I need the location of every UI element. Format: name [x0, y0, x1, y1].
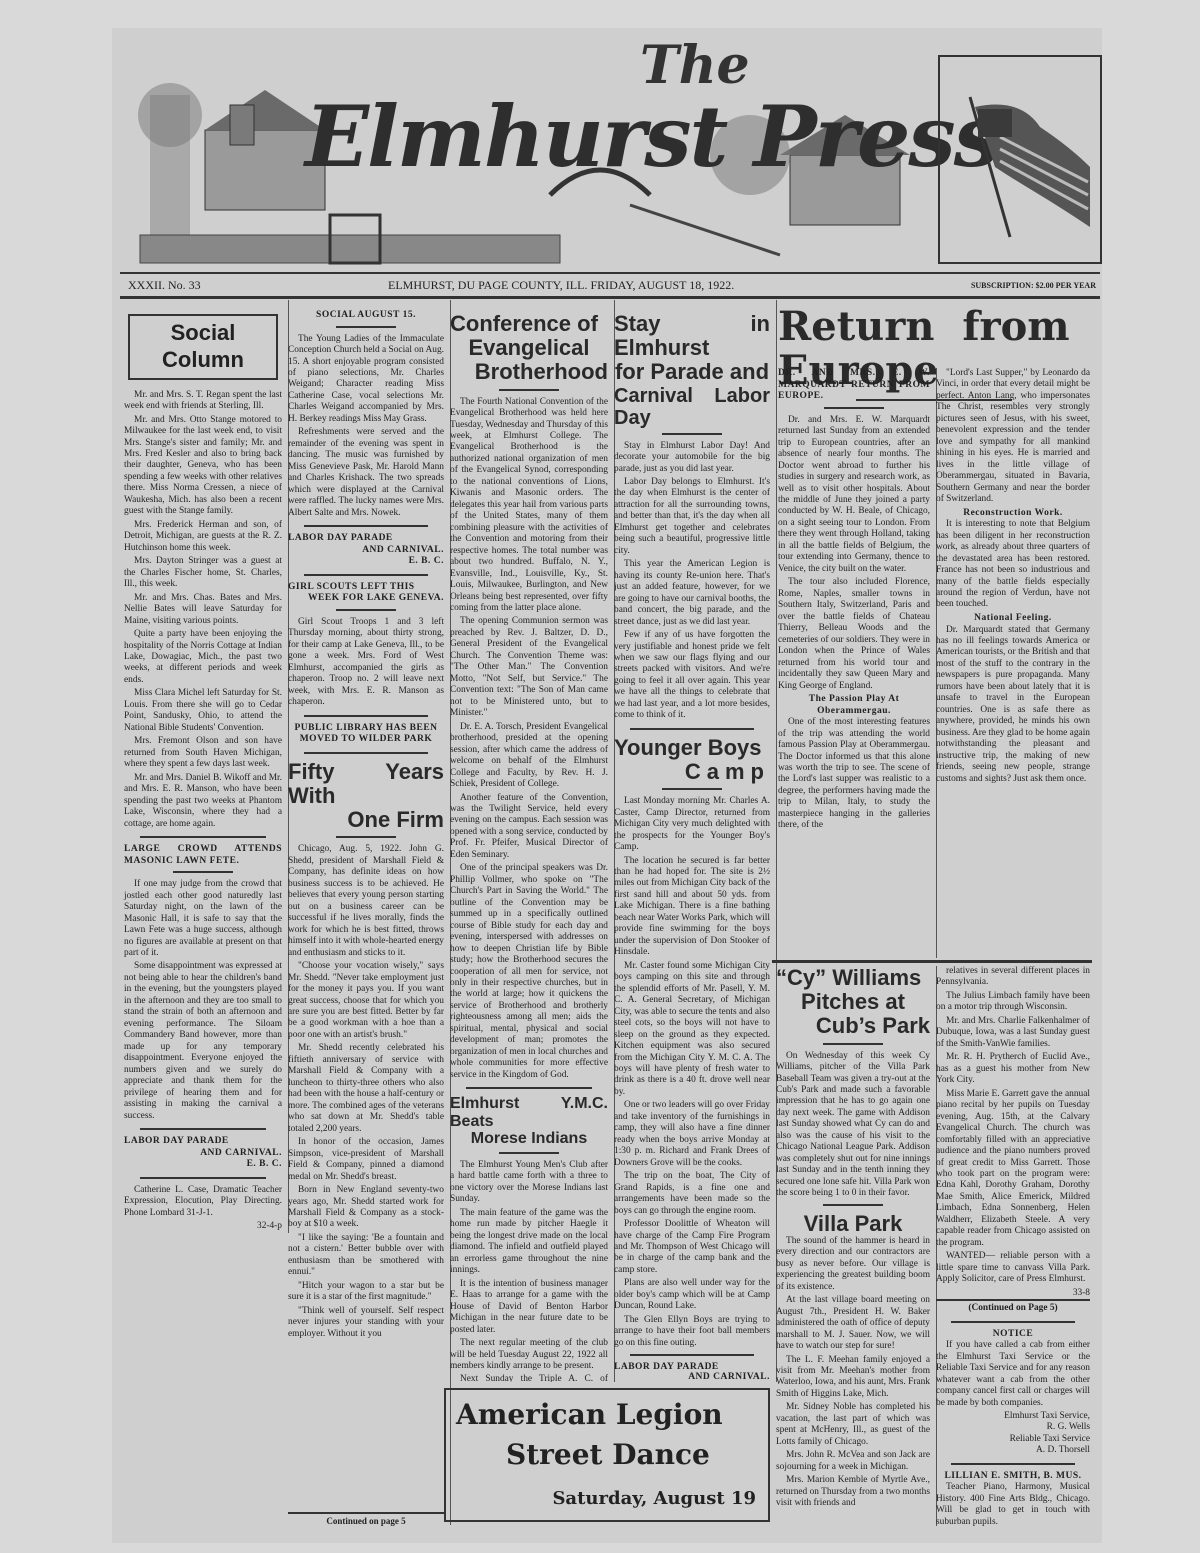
- cy-williams-heading-2: Pitches at: [776, 990, 930, 1014]
- article-paragraph: Mr. and Mrs. Otto Stange motored to Milw…: [124, 415, 282, 518]
- article-paragraph: In honor of the occasion, James Simpson,…: [288, 1137, 444, 1183]
- article-paragraph: Another feature of the Convention, was t…: [450, 793, 608, 862]
- article-paragraph: Mr. Sidney Noble has completed his vacat…: [776, 1402, 930, 1448]
- article-paragraph: Labor Day belongs to Elmhurst. It's the …: [614, 477, 770, 557]
- signature: R. G. Wells: [936, 1422, 1090, 1433]
- article-paragraph: The Elmhurst Young Men's Club after a ha…: [450, 1160, 608, 1206]
- column-evangelical: Conference of Evangelical Brotherhood Th…: [450, 300, 615, 1382]
- ymc-heading: Elmhurst Y.M.C. Beats: [450, 1095, 608, 1130]
- section-divider: [772, 960, 1092, 963]
- stay-heading-2: for Parade and: [614, 360, 770, 384]
- article-paragraph: The Young Ladies of the Immaculate Conce…: [288, 334, 444, 426]
- article-paragraph: Dr. E. A. Torsch, President Evangelical …: [450, 722, 608, 791]
- article-paragraph: The sound of the hammer is heard in ever…: [776, 1236, 930, 1293]
- article-paragraph: "Lord's Last Supper," by Leonardo da Vin…: [936, 368, 1090, 506]
- article-paragraph: Miss Clara Michel left Saturday for St. …: [124, 688, 282, 734]
- marquardt-subheading: DR. AND MRS. E. W. MARQUARDT RETURN FROM…: [778, 368, 930, 403]
- article-paragraph: Refreshments were served and the remaind…: [288, 427, 444, 519]
- national-feeling-subheading: National Feeling.: [936, 613, 1090, 625]
- divider: [823, 1204, 883, 1206]
- labor-day-notice: LABOR DAY PARADE AND CARNIVAL.: [614, 1348, 770, 1382]
- article-paragraph: At the last village board meeting on Aug…: [776, 1295, 930, 1352]
- conference-heading-2: Evangelical: [450, 336, 608, 360]
- article-paragraph: Last Monday morning Mr. Charles A. Caste…: [614, 796, 770, 853]
- younger-boys-heading: Younger Boys: [614, 736, 770, 760]
- article-paragraph: The Fourth National Convention of the Ev…: [450, 397, 608, 615]
- article-paragraph: This year the American Legion is having …: [614, 559, 770, 628]
- smith-ad-text: Teacher Piano, Harmony, Musical History.…: [936, 1482, 1090, 1526]
- article-paragraph: Mr. and Mrs. Daniel B. Wikoff and Mr. an…: [124, 773, 282, 830]
- article-paragraph: The trip on the boat, The City of Grand …: [614, 1171, 770, 1217]
- labor-day-heading: LABOR DAY PARADE: [124, 1136, 282, 1148]
- notice-text: If you have called a cab from either the…: [936, 1340, 1090, 1409]
- conference-heading: Conference of: [450, 312, 608, 336]
- divider: [466, 1087, 592, 1089]
- column-villa-park: “Cy” Williams Pitches at Cub’s Park On W…: [776, 966, 937, 1526]
- article-paragraph: Mr. and Mrs. Chas. Bates and Mrs. Nellie…: [124, 593, 282, 627]
- divider: [304, 574, 429, 576]
- article-paragraph: Mr. and Mrs. S. T. Regan spent the last …: [124, 390, 282, 413]
- article-paragraph: Next Sunday the Triple A. C. of Chicago …: [450, 1374, 608, 1382]
- article-paragraph: Mrs. Dayton Stringer was a guest at the …: [124, 556, 282, 590]
- signature: Elmhurst Taxi Service,: [936, 1411, 1090, 1422]
- column-2: SOCIAL AUGUST 15. The Young Ladies of th…: [288, 300, 451, 1525]
- article-paragraph: Mr. Shedd recently celebrated his fiftie…: [288, 1043, 444, 1135]
- article-paragraph: If one may judge from the crowd that jos…: [124, 879, 282, 959]
- column-labor-day: Stay in Elmhurst for Parade and Carnival…: [614, 300, 777, 1382]
- article-paragraph: The L. F. Meehan family enjoyed a visit …: [776, 1355, 930, 1401]
- american-flag-icon: [940, 57, 1100, 262]
- article-paragraph: Dr. and Mrs. E. W. Marquardt returned la…: [778, 415, 930, 576]
- divider: [951, 1463, 1074, 1465]
- article-paragraph: "I like the saying: 'Be a fountain and n…: [288, 1233, 444, 1279]
- article-paragraph: The location he secured is far better th…: [614, 856, 770, 959]
- article-paragraph: The Julius Limbach family have been on a…: [936, 991, 1090, 1014]
- labor-day-heading-2: AND CARNIVAL.: [614, 1372, 770, 1382]
- divider: [823, 1043, 883, 1045]
- article-paragraph: One or two leaders will go over Friday a…: [614, 1100, 770, 1169]
- article-paragraph: It is interesting to note that Belgium h…: [936, 519, 1090, 611]
- article-paragraph: Born in New England seventy-two years ag…: [288, 1185, 444, 1231]
- divider: [304, 525, 429, 527]
- divider: [304, 715, 429, 717]
- smith-ad-heading: LILLIAN E. SMITH, B. MUS.: [936, 1471, 1090, 1483]
- divider: [140, 1128, 266, 1130]
- library-heading: PUBLIC LIBRARY HAS BEEN MOVED TO WILDER …: [288, 723, 444, 746]
- ad-code: 33-8: [936, 1288, 1090, 1299]
- article-paragraph: Miss Marie E. Garrett gave the annual pi…: [936, 1089, 1090, 1250]
- volume-number: XXXII. No. 33: [128, 278, 388, 293]
- article-paragraph: The main feature of the game was the hom…: [450, 1208, 608, 1277]
- byline: E. B. C.: [288, 556, 444, 568]
- labor-day-heading-2: AND CARNIVAL.: [124, 1148, 282, 1160]
- article-paragraph: relatives in several different places in…: [936, 966, 1090, 989]
- flag-illustration-box: [938, 55, 1102, 264]
- masthead-title: Elmhurst Press: [305, 87, 999, 186]
- divider: [824, 407, 884, 409]
- ymc-heading-2: Morese Indians: [450, 1130, 608, 1148]
- passion-play-subheading: The Passion Play At Oberammergau.: [778, 694, 930, 717]
- conference-heading-3: Brotherhood: [450, 360, 608, 384]
- divider: [336, 609, 396, 611]
- notice-heading: NOTICE: [936, 1329, 1090, 1341]
- article-paragraph: The Glen Ellyn Boys are trying to arrang…: [614, 1315, 770, 1349]
- article-paragraph: It is the intention of business manager …: [450, 1279, 608, 1336]
- american-legion-ad: American Legion Street Dance Saturday, A…: [444, 1388, 770, 1522]
- article-paragraph: Mr. R. H. Prytherch of Euclid Ave., has …: [936, 1052, 1090, 1086]
- article-paragraph: One of the most interesting features of …: [778, 717, 930, 832]
- younger-boys-heading-2: Camp: [614, 760, 770, 784]
- article-paragraph: Mrs. John R. McVea and son Jack are sojo…: [776, 1450, 930, 1473]
- article-paragraph: The tour also included Florence, Rome, N…: [778, 577, 930, 692]
- stay-heading-3: Carnival Labor Day: [614, 385, 770, 429]
- social-aug-heading: SOCIAL AUGUST 15.: [288, 310, 444, 322]
- divider: [630, 728, 755, 730]
- subscription-price: SUBSCRIPTION: $2.00 PER YEAR: [971, 281, 1096, 290]
- article-paragraph: Quite a party have been enjoying the hos…: [124, 629, 282, 686]
- divider: [173, 871, 233, 873]
- article-paragraph: "Think well of yourself. Self respect ne…: [288, 1306, 444, 1340]
- labor-day-heading: LABOR DAY PARADE: [288, 533, 444, 545]
- article-paragraph: One of the principal speakers was Dr. Ph…: [450, 863, 608, 1081]
- divider: [630, 1354, 755, 1356]
- divider: [499, 389, 559, 391]
- social-column-heading: Social Column: [128, 314, 278, 380]
- article-paragraph: Plans are also well under way for the ol…: [614, 1278, 770, 1312]
- article-paragraph: Chicago, Aug. 5, 1922. John G. Shedd, pr…: [288, 844, 444, 959]
- labor-day-heading-2: AND CARNIVAL.: [288, 545, 444, 557]
- dateline-bar: XXXII. No. 33 ELMHURST, DU PAGE COUNTY, …: [120, 272, 1100, 299]
- divider: [304, 752, 429, 754]
- stay-heading: Stay in Elmhurst: [614, 312, 770, 360]
- divider: [336, 836, 396, 838]
- ad-line-1: American Legion: [456, 1398, 723, 1431]
- column-europe-a: DR. AND MRS. E. W. MARQUARDT RETURN FROM…: [778, 368, 937, 958]
- divider: [951, 1321, 1074, 1323]
- reconstruction-subheading: Reconstruction Work.: [936, 508, 1090, 520]
- byline: E. B. C.: [124, 1159, 282, 1171]
- cy-williams-heading-3: Cub’s Park: [776, 1014, 930, 1038]
- signature: Reliable Taxi Service: [936, 1434, 1090, 1445]
- masthead: The Elmhurst Press: [120, 35, 1100, 267]
- fifty-years-heading: Fifty Years With: [288, 760, 444, 808]
- article-paragraph: Mrs. Fremont Olson and son have returned…: [124, 736, 282, 770]
- column-social: Social Column Mr. and Mrs. S. T. Regan s…: [124, 300, 289, 1233]
- ad-line-2: Street Dance: [506, 1438, 710, 1471]
- article-paragraph: Mrs. Frederick Herman and son, of Detroi…: [124, 520, 282, 554]
- ad-date: Saturday, August 19: [552, 1488, 756, 1509]
- article-paragraph: Few if any of us have forgotten the very…: [614, 630, 770, 722]
- labor-day-heading: LABOR DAY PARADE: [614, 1362, 770, 1372]
- divider: [499, 1152, 559, 1154]
- classified-ad: Catherine L. Case, Dramatic Teacher Expr…: [124, 1185, 282, 1219]
- divider: [140, 836, 266, 838]
- divider: [662, 788, 722, 790]
- article-paragraph: On Wednesday of this week Cy Williams, p…: [776, 1051, 930, 1200]
- article-paragraph: "Choose your vocation wisely," says Mr. …: [288, 961, 444, 1041]
- wanted-ad: WANTED— reliable person with a little sp…: [936, 1251, 1090, 1285]
- divider: [662, 433, 722, 435]
- article-paragraph: Some disappointment was expressed at not…: [124, 961, 282, 1122]
- article-paragraph: Girl Scout Troops 1 and 3 left Thursday …: [288, 617, 444, 709]
- divider: [336, 326, 396, 328]
- villa-park-heading: Villa Park: [776, 1212, 930, 1236]
- ad-code: 32-4-p: [124, 1221, 282, 1232]
- article-paragraph: Mr. and Mrs. Charlie Falkenhalmer of Dub…: [936, 1016, 1090, 1050]
- masonic-fete-heading: LARGE CROWD ATTENDS MASONIC LAWN FETE.: [124, 844, 282, 867]
- article-paragraph: Mr. Caster found some Michigan City boys…: [614, 961, 770, 1099]
- column-europe-b: "Lord's Last Supper," by Leonardo da Vin…: [936, 368, 1090, 958]
- column-7: relatives in several different places in…: [936, 966, 1090, 1526]
- article-paragraph: Mrs. Marion Kemble of Myrtle Ave., retur…: [776, 1475, 930, 1509]
- article-paragraph: Professor Doolittle of Wheaton will have…: [614, 1219, 770, 1276]
- article-paragraph: "Hitch your wagon to a star but be sure …: [288, 1281, 444, 1304]
- article-paragraph: Dr. Marquardt stated that Germany has no…: [936, 625, 1090, 786]
- article-paragraph: The opening Communion sermon was preache…: [450, 616, 608, 719]
- continued-link[interactable]: (Continued on Page 5): [936, 1299, 1090, 1314]
- continued-link[interactable]: Continued on page 5: [288, 1512, 444, 1526]
- article-paragraph: Stay in Elmhurst Labor Day! And decorate…: [614, 441, 770, 475]
- cy-williams-heading: “Cy” Williams: [776, 966, 930, 990]
- signature: A. D. Thorsell: [936, 1445, 1090, 1456]
- fifty-years-heading-2: One Firm: [288, 808, 444, 832]
- divider: [140, 1177, 266, 1179]
- article-paragraph: The next regular meeting of the club wil…: [450, 1338, 608, 1372]
- place-date: ELMHURST, DU PAGE COUNTY, ILL. FRIDAY, A…: [388, 278, 858, 293]
- girl-scouts-heading: GIRL SCOUTS LEFT THIS: [288, 582, 444, 594]
- girl-scouts-heading-2: WEEK FOR LAKE GENEVA.: [288, 593, 444, 605]
